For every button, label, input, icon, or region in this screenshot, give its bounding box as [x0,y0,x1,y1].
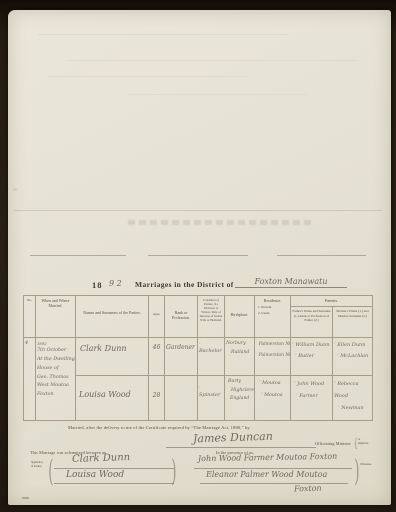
column-birthplace: Birthplace. Norbury Rutland Burty Highcl… [225,296,255,420]
groom-mother: Ellen Dunn McLachlan [333,338,372,376]
page-title: Marriages in the District of [135,280,234,289]
birthplace-line: Norbury [226,340,253,349]
groom-birthplace: Norbury Rutland [225,338,254,376]
bleed-line-4 [128,94,308,95]
residence-line: Palmerston Nth [256,340,289,351]
bride-signature-line [54,483,174,484]
residence-label: Residence. [264,298,281,303]
when-line: Geo. Thomas [37,374,74,383]
residence-line: Moutoa [256,390,289,402]
marriage-register-table: No. 4 When and Where Married. 1892 7th O… [23,295,373,421]
witness-2-signature: Eleanor Palmer Wood Moutoa [206,470,327,479]
mother-line: Rebecca Wood [334,378,371,402]
residence-line: Palmerston Nth [256,351,289,362]
when-line: West Moutoa [37,382,74,391]
form-code-mark [22,497,29,499]
mother-line: McLachlan [334,351,371,362]
bride-condition: Spinster [198,376,224,420]
party-signatures-right-brace: ) [171,454,176,489]
when-line: At the Dwelling [37,356,74,365]
bride-signature: Louisa Wood [66,470,124,480]
when-line: Foxton [37,391,74,400]
birthplace-line: Highclere [226,387,253,396]
father-line: Farmer [292,390,331,402]
groom-age: 46 [149,338,164,376]
witness-2-residence-continued: Foxton [294,484,322,494]
column-names: Names and Surnames of the Parties. Clark… [76,296,149,420]
bleed-line-1 [38,34,288,35]
column-when-where: When and Where Married. 1892 7th October… [36,296,76,420]
parties-margin-note: Signatures of Parties. [31,461,43,469]
bleed-line-3 [48,76,248,77]
married-certificate-statement: Married, after the delivery to me of the… [68,425,250,430]
minister-note-line: Registrar. [358,442,369,446]
father-line: Butler [292,351,331,362]
witness-1-signature: John Wood Farmer Moutoa Foxton [198,452,337,463]
bride-mother: Rebecca Wood Newman [333,376,372,420]
header-birthplace: Birthplace. [225,296,254,338]
bride-age: 28 [149,376,164,420]
handwritten-year: 9 2 [109,279,122,288]
header-mother: Mother's Name (1.) and Maiden Surname (2… [333,307,372,338]
register-page: 18 9 2 Marriages in the District of Foxt… [8,10,391,505]
bride-residence: Moutoa Moutoa [255,376,290,420]
groom-name: Clark Dunn [76,338,148,376]
minister-signature-line [166,447,316,448]
column-ages: Ages. 46 28 [149,296,165,420]
entry-number: 4 [24,338,35,348]
mother-line: Newman [334,402,371,414]
party-signatures-left-brace: ( [48,454,53,489]
printed-year-prefix: 18 [92,280,103,290]
groom-rank: Gardener [165,338,197,376]
column-condition: Condition of Parties; if a Widower or Wi… [198,296,225,420]
residence-sub-usual: 2. Usual. [256,311,289,316]
header-ages: Ages. [149,296,164,338]
header-names: Names and Surnames of the Parties. [76,296,148,338]
witness-2-line [200,483,348,484]
father-line: William Dunn [292,340,331,351]
column-rank: Rank or Profession. Gardener [165,296,198,420]
bride-birthplace: Burty Highclere England [225,376,254,420]
groom-signature-line [54,468,174,469]
witnesses-note: Witnesses. [360,463,372,467]
header-number: No. [24,296,35,338]
birthplace-line: Burty [226,378,253,387]
header-parents: Parents. [291,296,372,307]
when-where-entry: 1892 7th October At the Dwelling House o… [36,338,75,402]
when-line: 7th October [37,347,74,356]
column-number: No. 4 [24,296,36,420]
rule-segment-1 [30,255,126,256]
stain-spot [13,188,17,191]
header-residence: Residence. 1. Present. 2. Usual. [255,296,290,338]
rule-segment-2 [148,255,248,256]
groom-father: William Dunn Butler [291,338,332,376]
column-residence: Residence. 1. Present. 2. Usual. Palmers… [255,296,291,420]
bride-rank [165,376,197,420]
groom-signature: Clark Dunn [72,452,131,465]
birthplace-line: England [226,395,253,404]
when-line: House of [37,365,74,374]
officiating-minister-signature: James Duncan [193,430,273,446]
groom-residence: Palmerston Nth Palmerston Nth [255,338,290,376]
column-parents-group: Parents. Father's Name and Surname (1.) … [291,296,372,420]
header-when-where: When and Where Married. [36,296,75,338]
witness-1-line [194,468,352,469]
groom-condition: Bachelor [198,338,224,376]
header-father: Father's Name and Surname (1.) Rank or P… [291,307,332,338]
district-name-handwritten: Foxton Manawatu [235,277,347,288]
officiating-minister-label: Officiating Minister [315,441,351,446]
mother-line: Ellen Dunn [334,340,371,351]
when-line: 1892 [37,340,74,347]
column-mother: Mother's Name (1.) and Maiden Surname (2… [333,307,372,420]
residence-line: Moutoa [256,378,289,390]
column-father: Father's Name and Surname (1.) Rank or P… [291,307,333,420]
bleed-line-5 [14,210,382,211]
father-line: John Wood [292,378,331,390]
bleed-line-2 [68,60,358,61]
bleed-text-illegible [128,220,313,225]
margin-note-line: of Parties. [31,465,43,469]
birthplace-line: Rutland [226,349,253,358]
bride-name: Louisa Wood [76,376,148,420]
header-condition: Condition of Parties; if a Widower or Wi… [198,296,224,338]
bride-father: John Wood Farmer [291,376,332,420]
minister-note: or Registrar. [358,438,369,446]
header-rank: Rank or Profession. [165,296,197,338]
rule-segment-3 [277,255,366,256]
witnesses-right-brace: ) [354,454,359,489]
